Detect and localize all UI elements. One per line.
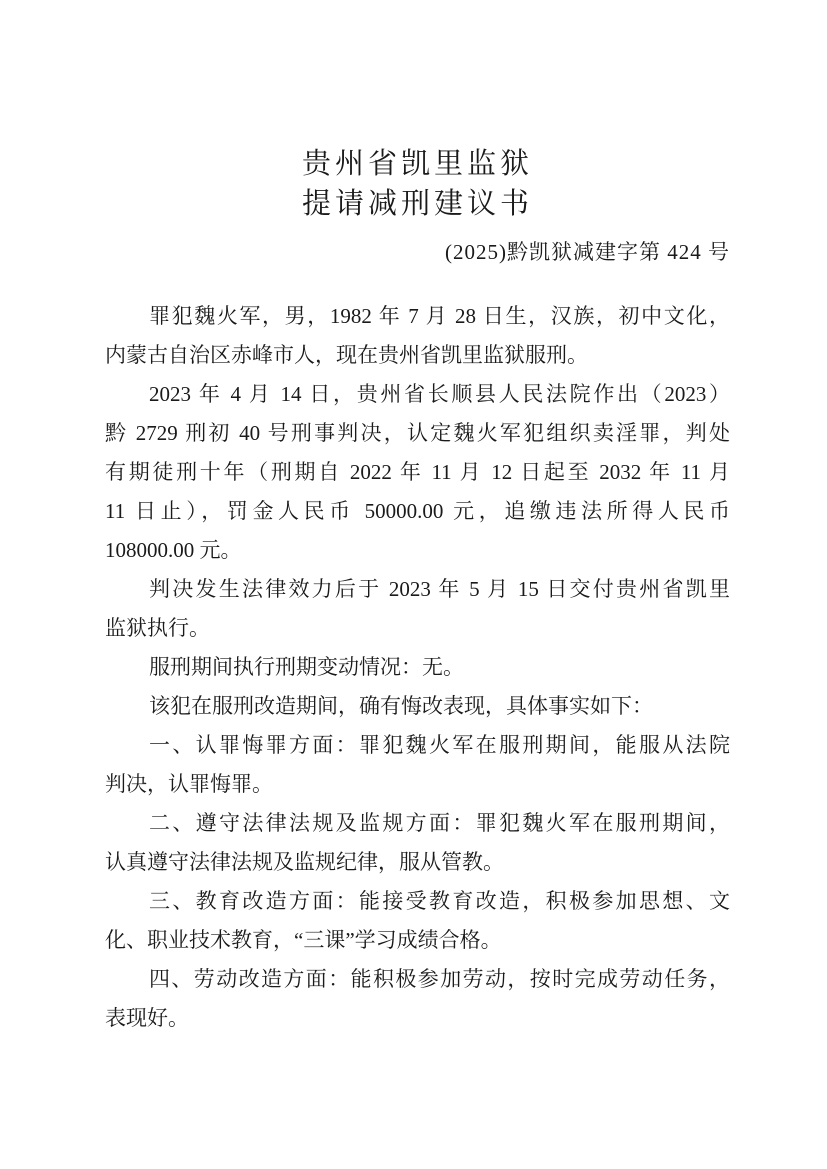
document-line: 监狱执行。 (105, 609, 730, 648)
document-line: 11 日止），罚金人民币 50000.00 元，追缴违法所得人民币 (105, 492, 730, 531)
document-line: 108000.00 元。 (105, 531, 730, 570)
document-line: 罪犯魏火军，男，1982 年 7 月 28 日生，汉族，初中文化， (105, 297, 730, 336)
document-line: 服刑期间执行刑期变动情况：无。 (105, 648, 730, 687)
document-line: 认真遵守法律法规及监规纪律，服从管教。 (105, 843, 730, 882)
document-content: 贵州省凯里监狱 提请减刑建议书 (2025)黔凯狱减建字第 424 号 罪犯魏火… (105, 144, 730, 1038)
document-line: 二、遵守法律法规及监规方面：罪犯魏火军在服刑期间， (105, 804, 730, 843)
document-number: (2025)黔凯狱减建字第 424 号 (105, 233, 730, 272)
document-line: 有期徒刑十年（刑期自 2022 年 11 月 12 日起至 2032 年 11 … (105, 453, 730, 492)
document-line: 四、劳动改造方面：能积极参加劳动，按时完成劳动任务， (105, 960, 730, 999)
document-line: 内蒙古自治区赤峰市人，现在贵州省凯里监狱服刑。 (105, 336, 730, 375)
document-body: 罪犯魏火军，男，1982 年 7 月 28 日生，汉族，初中文化， 内蒙古自治区… (105, 297, 730, 1038)
document-line: 判决，认罪悔罪。 (105, 765, 730, 804)
document-line: 表现好。 (105, 999, 730, 1038)
document-line: 2023 年 4 月 14 日，贵州省长顺县人民法院作出（2023） (105, 375, 730, 414)
document-line: 判决发生法律效力后于 2023 年 5 月 15 日交付贵州省凯里 (105, 570, 730, 609)
document-title-line2: 提请减刑建议书 (105, 184, 730, 224)
document-line: 黔 2729 刑初 40 号刑事判决，认定魏火军犯组织卖淫罪，判处 (105, 414, 730, 453)
document-line: 该犯在服刑改造期间，确有悔改表现，具体事实如下： (105, 687, 730, 726)
document-page: 贵州省凯里监狱 提请减刑建议书 (2025)黔凯狱减建字第 424 号 罪犯魏火… (0, 0, 827, 1169)
document-title: 贵州省凯里监狱 提请减刑建议书 (105, 144, 730, 224)
document-line: 三、教育改造方面：能接受教育改造，积极参加思想、文 (105, 882, 730, 921)
document-title-line1: 贵州省凯里监狱 (105, 144, 730, 184)
document-line: 化、职业技术教育，“三课”学习成绩合格。 (105, 921, 730, 960)
document-line: 一、认罪悔罪方面：罪犯魏火军在服刑期间，能服从法院 (105, 726, 730, 765)
